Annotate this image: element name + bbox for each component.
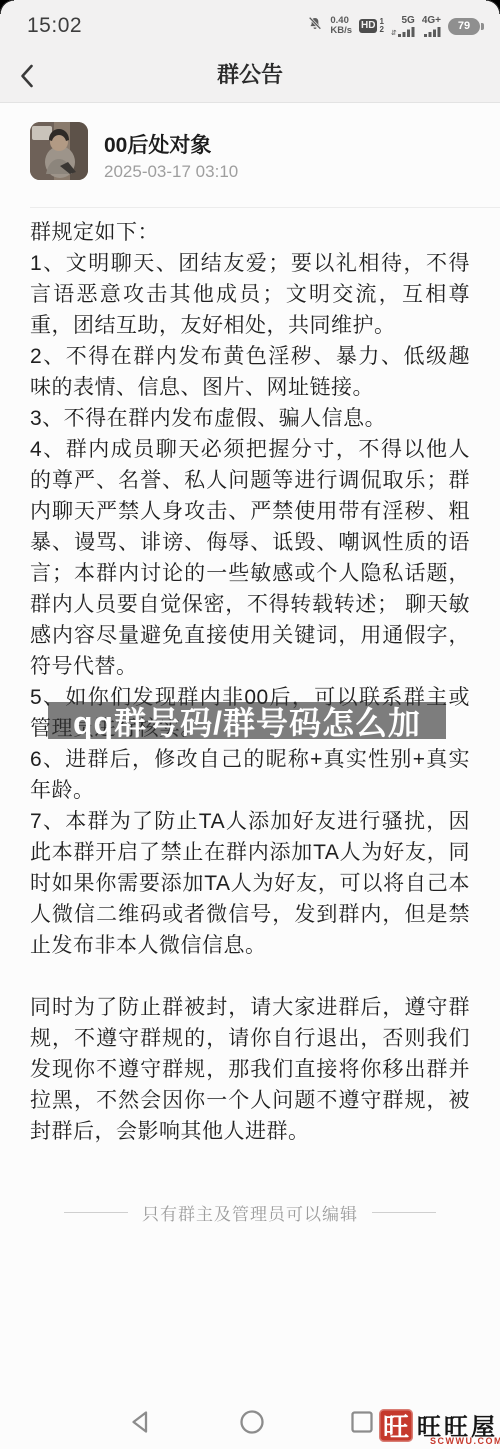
- sim2-label: 2: [379, 26, 383, 34]
- page-header: 群公告: [0, 48, 500, 102]
- announcement-paragraph: [30, 961, 470, 992]
- hd-badge-icon: HD: [359, 19, 377, 33]
- announcement-avatar: [30, 122, 88, 180]
- watermark-text: qq群号码/群号码怎么加: [73, 698, 421, 744]
- network-speed-indicator: 0.40 KB/s: [330, 16, 352, 36]
- hd-volte-indicator: HD 1 2: [359, 18, 384, 34]
- sim-slot-indicator: 1 2: [379, 18, 383, 34]
- edit-permission-note: 只有群主及管理员可以编辑: [0, 1200, 500, 1225]
- triangle-back-icon: [128, 1409, 152, 1435]
- screen-corner: [486, 0, 500, 14]
- battery-nub: [481, 23, 484, 30]
- note-line-right: [372, 1212, 436, 1213]
- note-line-left: [64, 1212, 128, 1213]
- announcement-title: 00后处对象: [104, 129, 211, 159]
- announcement-paragraph: 1、文明聊天、团结友爱；要以礼相待，不得言语恶意攻击其他成员；文明交流，互相尊重…: [30, 248, 470, 341]
- screen-corner: [0, 0, 14, 14]
- announcement-paragraph: 同时为了防止群被封，请大家进群后，遵守群规，不遵守群规的，请你自行退出，否则我们…: [30, 992, 470, 1147]
- nav-back-button[interactable]: [126, 1408, 154, 1436]
- circle-home-icon: [239, 1409, 265, 1435]
- battery-percent: 79: [448, 18, 480, 35]
- announcement-timestamp: 2025-03-17 03:10: [104, 162, 238, 182]
- signal-5g-indicator: 5G ⇵: [391, 16, 415, 37]
- data-arrow-icon: ⇵: [391, 30, 397, 37]
- announcement-paragraph: 2、不得在群内发布黄色淫秽、暴力、低级趣味的表情、信息、图片、网址链接。: [30, 341, 470, 403]
- signal-bars-icon: [424, 27, 441, 37]
- avatar-photo-icon: [30, 122, 88, 180]
- signal-4g-label: 4G+: [422, 16, 441, 26]
- logo-stamp-icon: 旺: [379, 1409, 413, 1442]
- mute-bell-icon: [307, 16, 323, 37]
- announcement-paragraph: 6、进群后，修改自己的昵称+真实性别+真实年龄。: [30, 744, 470, 806]
- nav-recents-button[interactable]: [348, 1408, 376, 1436]
- edit-note-text: 只有群主及管理员可以编辑: [142, 1200, 358, 1225]
- phone-screen: 15:02 0.40 KB/s HD 1 2: [0, 0, 500, 1449]
- status-icons: 0.40 KB/s HD 1 2 5G ⇵: [307, 16, 484, 37]
- site-logo: 旺 旺旺屋 SCWWU.COM: [378, 1405, 500, 1449]
- status-bar: 15:02 0.40 KB/s HD 1 2: [0, 0, 500, 48]
- announcement-paragraph: 7、本群为了防止TA人添加好友进行骚扰，因此本群开启了禁止在群内添加TA人为好友…: [30, 806, 470, 961]
- signal-4g-indicator: 4G+: [422, 16, 441, 37]
- meta-divider: [30, 207, 500, 208]
- battery-indicator: 79: [448, 18, 484, 35]
- announcement-paragraph: 3、不得在群内发布虚假、骗人信息。: [30, 403, 470, 434]
- status-time: 15:02: [27, 14, 82, 38]
- square-recents-icon: [349, 1409, 375, 1435]
- watermark-banner: qq群号码/群号码怎么加: [48, 702, 446, 739]
- network-speed-unit: KB/s: [330, 26, 352, 36]
- logo-domain: SCWWU.COM: [430, 1436, 500, 1446]
- signal-bars-icon: [398, 27, 415, 37]
- page-title: 群公告: [0, 48, 500, 102]
- announcement-paragraph: 群规定如下：: [30, 217, 470, 248]
- announcement-paragraph: 4、群内成员聊天必须把握分寸，不得以他人的尊严、名誉、私人问题等进行调侃取乐；群…: [30, 434, 470, 682]
- announcement-body: 群规定如下：1、文明聊天、团结友爱；要以礼相待，不得言语恶意攻击其他成员；文明交…: [30, 217, 470, 1147]
- nav-home-button[interactable]: [238, 1408, 266, 1436]
- header-divider: [0, 102, 500, 103]
- signal-5g-label: 5G: [401, 16, 414, 26]
